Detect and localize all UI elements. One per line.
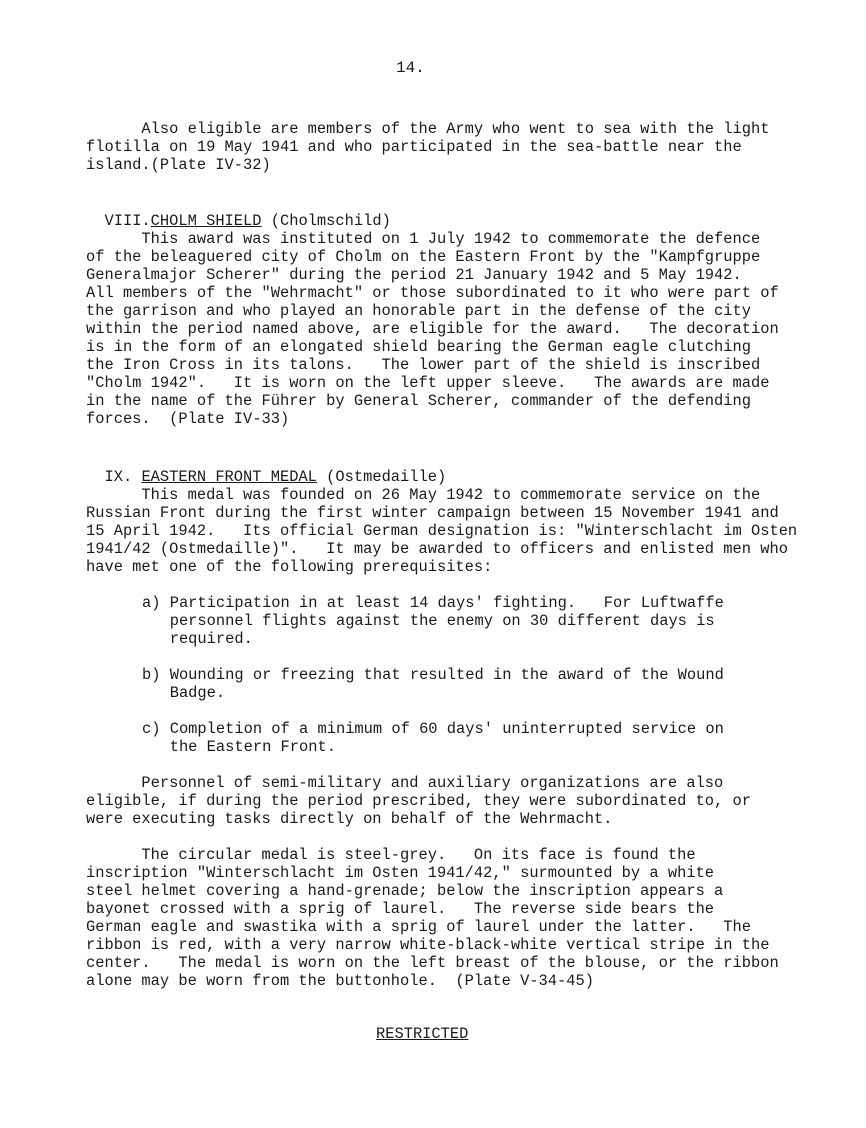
section-viii-number: VIII. [104, 212, 150, 230]
page-number: 14. [396, 59, 425, 77]
section-viii-german-name: (Cholmschild) [262, 212, 391, 230]
section-ix-german-name: (Ostmedaille) [317, 468, 446, 486]
prerequisite-a: a) Participation in at least 14 days' fi… [142, 594, 782, 648]
intro-paragraph: Also eligible are members of the Army wh… [86, 120, 786, 174]
prerequisite-b: b) Wounding or freezing that resulted in… [142, 666, 782, 702]
section-ix-number: IX. [104, 468, 141, 486]
section-ix-body: This medal was founded on 26 May 1942 to… [86, 486, 786, 576]
section-viii-heading: VIII.CHOLM SHIELD (Cholmschild) [86, 194, 391, 230]
restricted-footer: RESTRICTED [376, 1025, 468, 1043]
prerequisite-c: c) Completion of a minimum of 60 days' u… [142, 720, 782, 756]
section-ix-heading: IX. EASTERN FRONT MEDAL (Ostmedaille) [86, 450, 446, 486]
section-viii-body: This award was instituted on 1 July 1942… [86, 230, 786, 428]
medal-description-paragraph: The circular medal is steel-grey. On its… [86, 846, 786, 990]
personnel-paragraph: Personnel of semi-military and auxiliary… [86, 774, 786, 828]
section-ix-title: EASTERN FRONT MEDAL [141, 468, 316, 486]
section-viii-title: CHOLM SHIELD [151, 212, 262, 230]
